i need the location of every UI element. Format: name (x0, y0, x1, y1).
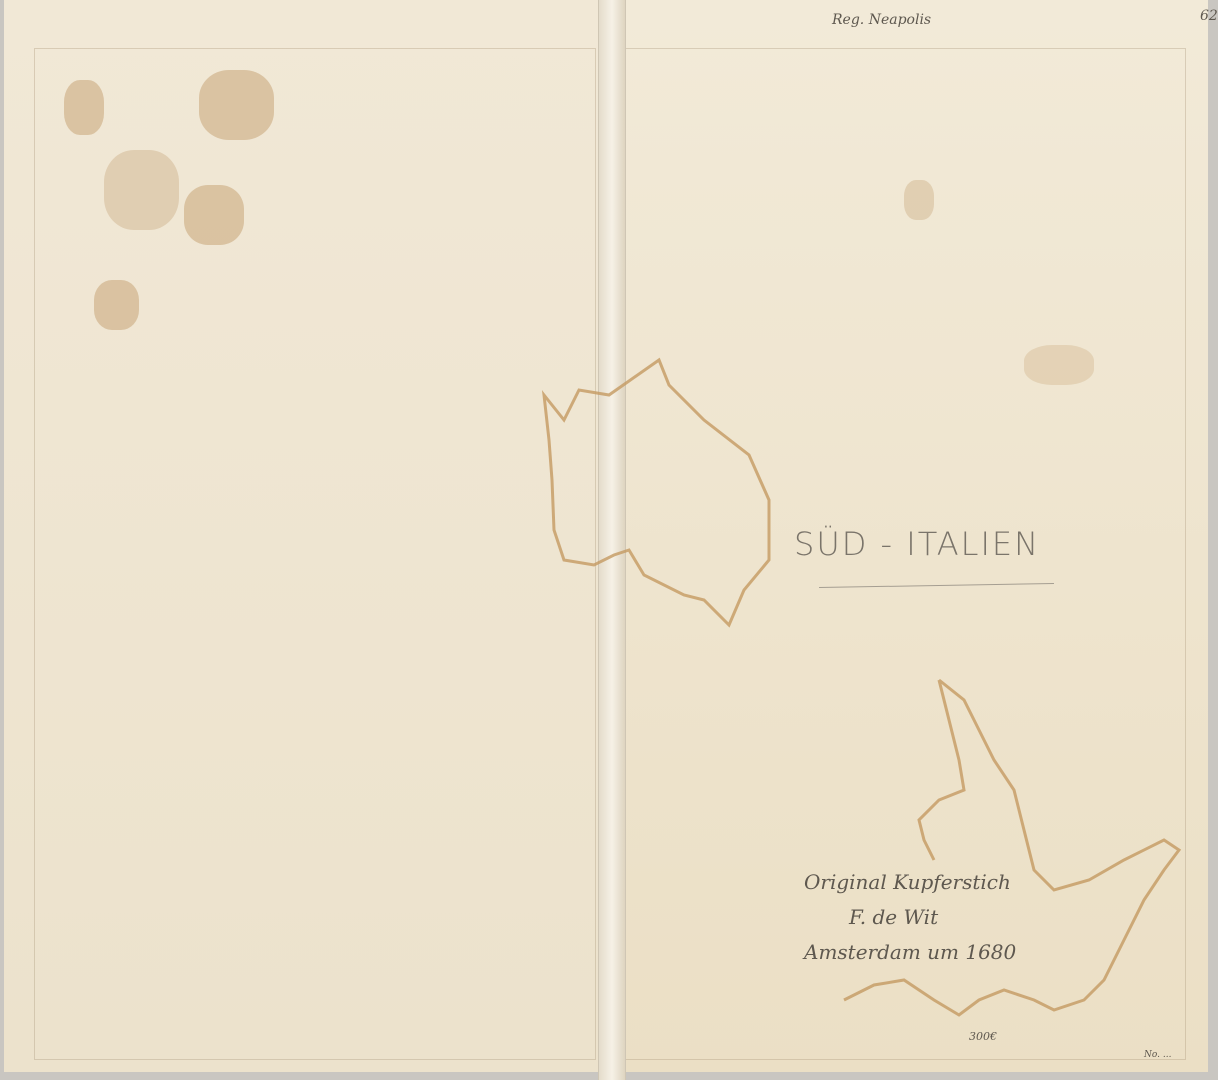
annotation-corner: No. ... (1144, 1050, 1171, 1060)
annotation-price: 300€ (969, 1030, 997, 1043)
annotation-provenance-1: Original Kupferstich (804, 870, 1011, 894)
annotation-page-number: 62 (1200, 8, 1218, 24)
annotation-region-label: SÜD - ITALIEN (794, 525, 1040, 563)
annotation-title: Reg. Neapolis (832, 12, 931, 28)
map-sheet: Reg. Neapolis 62 SÜD - ITALIEN Original … (4, 0, 1208, 1072)
annotation-provenance-2: F. de Wit (849, 905, 938, 929)
annotation-provenance-3: Amsterdam um 1680 (804, 940, 1016, 964)
